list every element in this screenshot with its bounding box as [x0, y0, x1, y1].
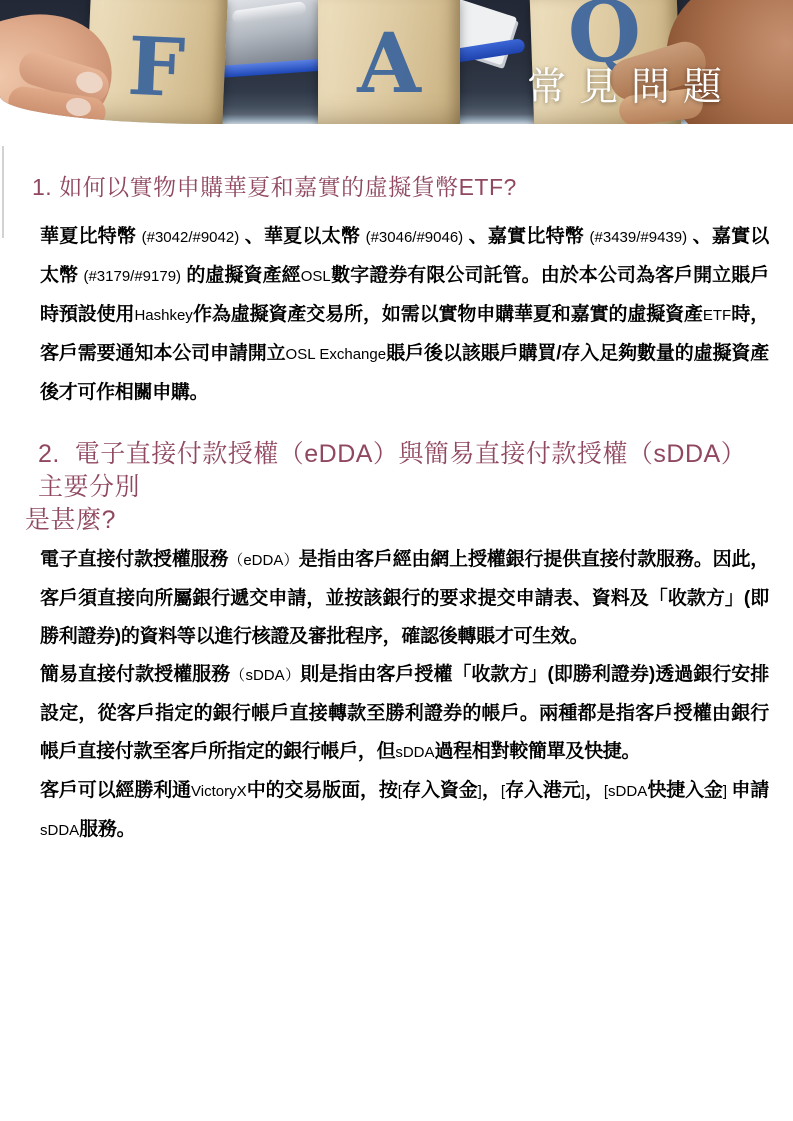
question-1-heading: 1. 如何以實物申購華夏和嘉實的虛擬貨幣ETF?: [32, 172, 769, 202]
block-letter-f: F: [126, 12, 187, 108]
faq-item-1: 1. 如何以實物申購華夏和嘉實的虛擬貨幣ETF? 華夏比特幣 (#3042/#9…: [40, 172, 769, 412]
answer-2-block: 電子直接付款授權服務（eDDA）是指由客戶經由網上授權銀行提供直接付款服務。因此…: [40, 541, 769, 850]
wooden-block-a: A: [318, 0, 460, 124]
banner-title: 常見問題: [527, 56, 735, 112]
faq-page: F A Q 常見問題 1. 如何以實物申購華夏和嘉實的虛擬貨幣ETF? 華夏比特…: [0, 0, 793, 1121]
faq-content: 1. 如何以實物申購華夏和嘉實的虛擬貨幣ETF? 華夏比特幣 (#3042/#9…: [0, 172, 793, 850]
faq-item-2: 2. 電子直接付款授權（eDDA）與簡易直接付款授權（sDDA）主要分別 是甚麼…: [40, 438, 769, 850]
question-2-line-1: 2. 電子直接付款授權（eDDA）與簡易直接付款授權（sDDA）主要分別: [25, 438, 769, 504]
question-2-heading: 2. 電子直接付款授權（eDDA）與簡易直接付款授權（sDDA）主要分別 是甚麼…: [25, 438, 769, 537]
faq-banner: F A Q 常見問題: [0, 0, 793, 124]
question-2-line-2: 是甚麼?: [25, 504, 769, 537]
answer-2-paragraph-1: 電子直接付款授權服務（eDDA）是指由客戶經由網上授權銀行提供直接付款服務。因此…: [40, 541, 769, 656]
answer-2-paragraph-3: 客戶可以經勝利通VictoryX中的交易版面，按[存入資金]，[存入港元]，[s…: [40, 772, 769, 850]
answer-1-paragraph: 華夏比特幣 (#3042/#9042) 、華夏以太幣 (#3046/#9046)…: [40, 218, 769, 412]
scan-artifact-line: [2, 146, 4, 238]
answer-2-paragraph-2: 簡易直接付款授權服務（sDDA）則是指由客戶授權「收款方」(即勝利證券)透過銀行…: [40, 656, 769, 772]
block-letter-a: A: [357, 17, 421, 105]
